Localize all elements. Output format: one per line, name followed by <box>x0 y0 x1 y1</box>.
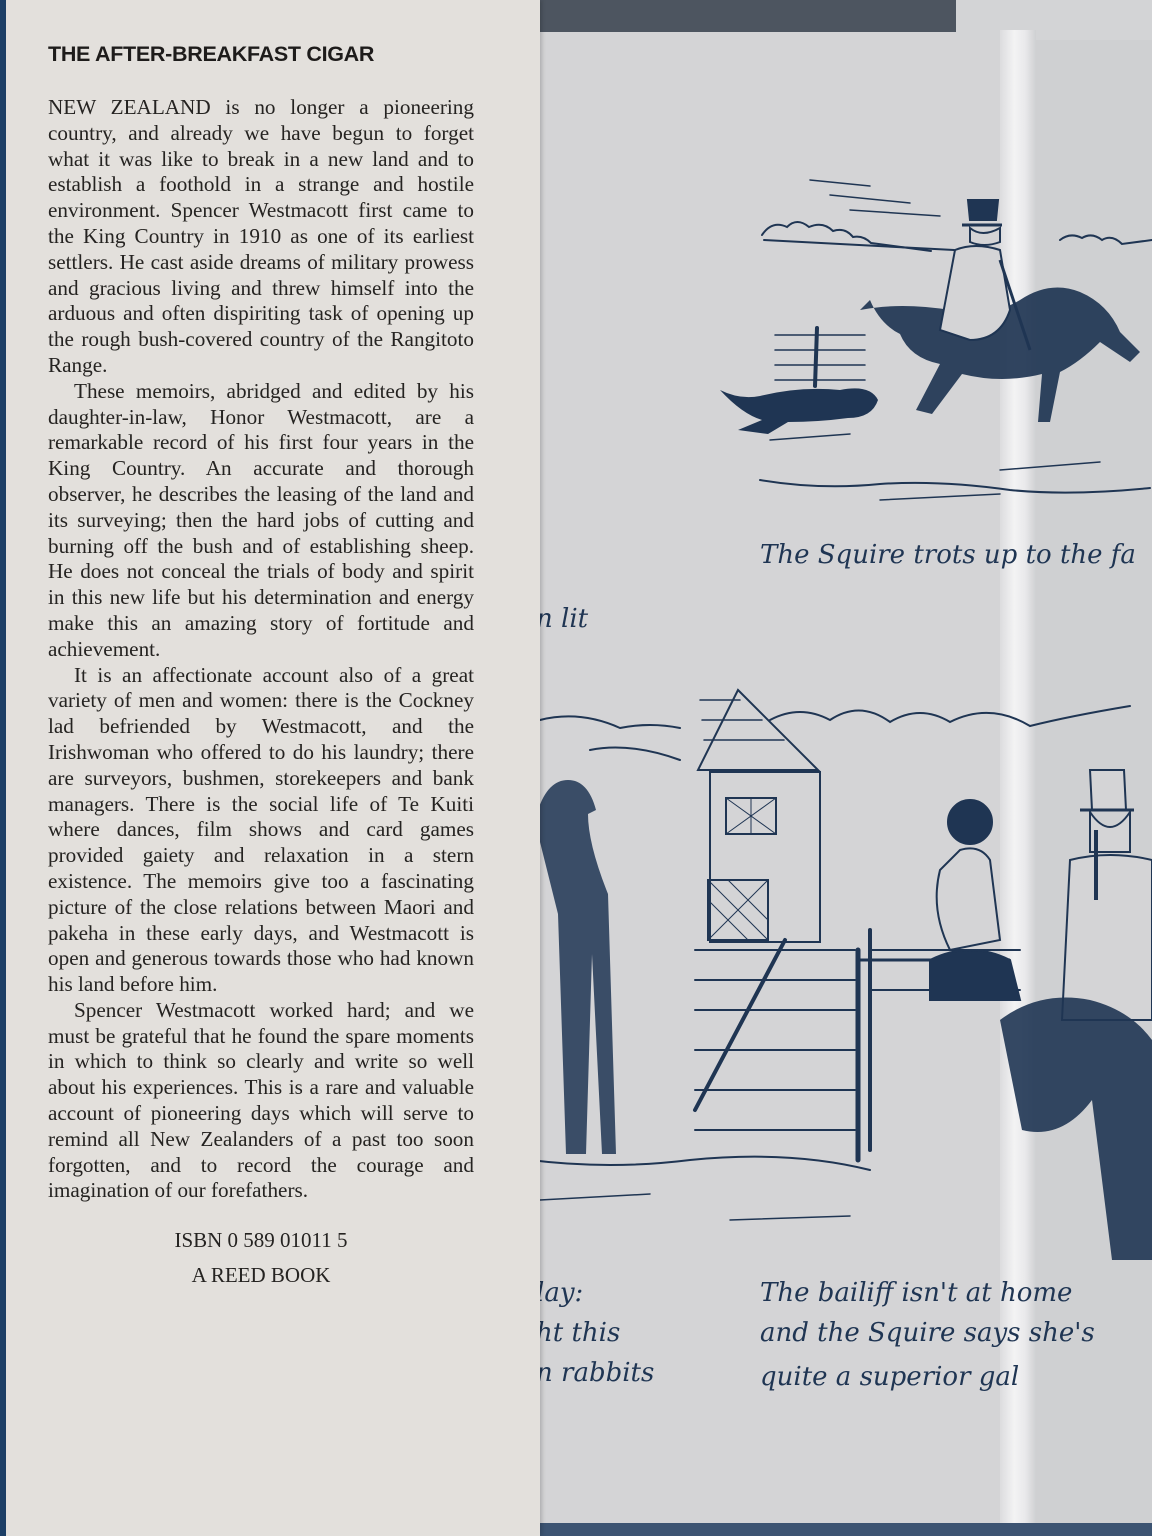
caption-bailiff-3: quite a superior gal <box>760 1362 1019 1392</box>
dust-jacket-flap: THE AFTER-BREAKFAST CIGAR NEW ZEALAND is… <box>6 0 540 1536</box>
squire-on-horse-illustration <box>700 140 1152 520</box>
caption-bottom-left-1: lay: <box>536 1278 583 1308</box>
caption-bottom-left-3: n rabbits <box>536 1358 654 1388</box>
caption-fragment-lit: n lit <box>536 604 588 634</box>
blurb-paragraph: Spencer Westmacott worked hard; and we m… <box>48 998 474 1204</box>
farmyard-gate-illustration <box>530 660 1152 1260</box>
caption-squire-trots: The Squire trots up to the fa <box>760 540 1136 570</box>
isbn: ISBN 0 589 01011 5 <box>48 1228 474 1253</box>
cover-board-top <box>540 0 956 32</box>
caption-bottom-left-2: ht this <box>536 1318 620 1348</box>
blurb-paragraph: It is an affectionate account also of a … <box>48 663 474 998</box>
cover-board-bottom <box>530 1523 1152 1536</box>
blurb-paragraph: These memoirs, abridged and edited by hi… <box>48 379 474 663</box>
flap-content: THE AFTER-BREAKFAST CIGAR NEW ZEALAND is… <box>48 42 474 1288</box>
blurb-paragraph: NEW ZEALAND is no longer a pioneering co… <box>48 95 474 379</box>
caption-bailiff-1: The bailiff isn't at home <box>760 1278 1072 1308</box>
background-top-right <box>956 0 1152 40</box>
blurb: NEW ZEALAND is no longer a pioneering co… <box>48 95 474 1204</box>
publisher-imprint: A REED BOOK <box>48 1263 474 1288</box>
book-title: THE AFTER-BREAKFAST CIGAR <box>48 42 474 67</box>
caption-bailiff-2: and the Squire says she's <box>760 1318 1095 1348</box>
